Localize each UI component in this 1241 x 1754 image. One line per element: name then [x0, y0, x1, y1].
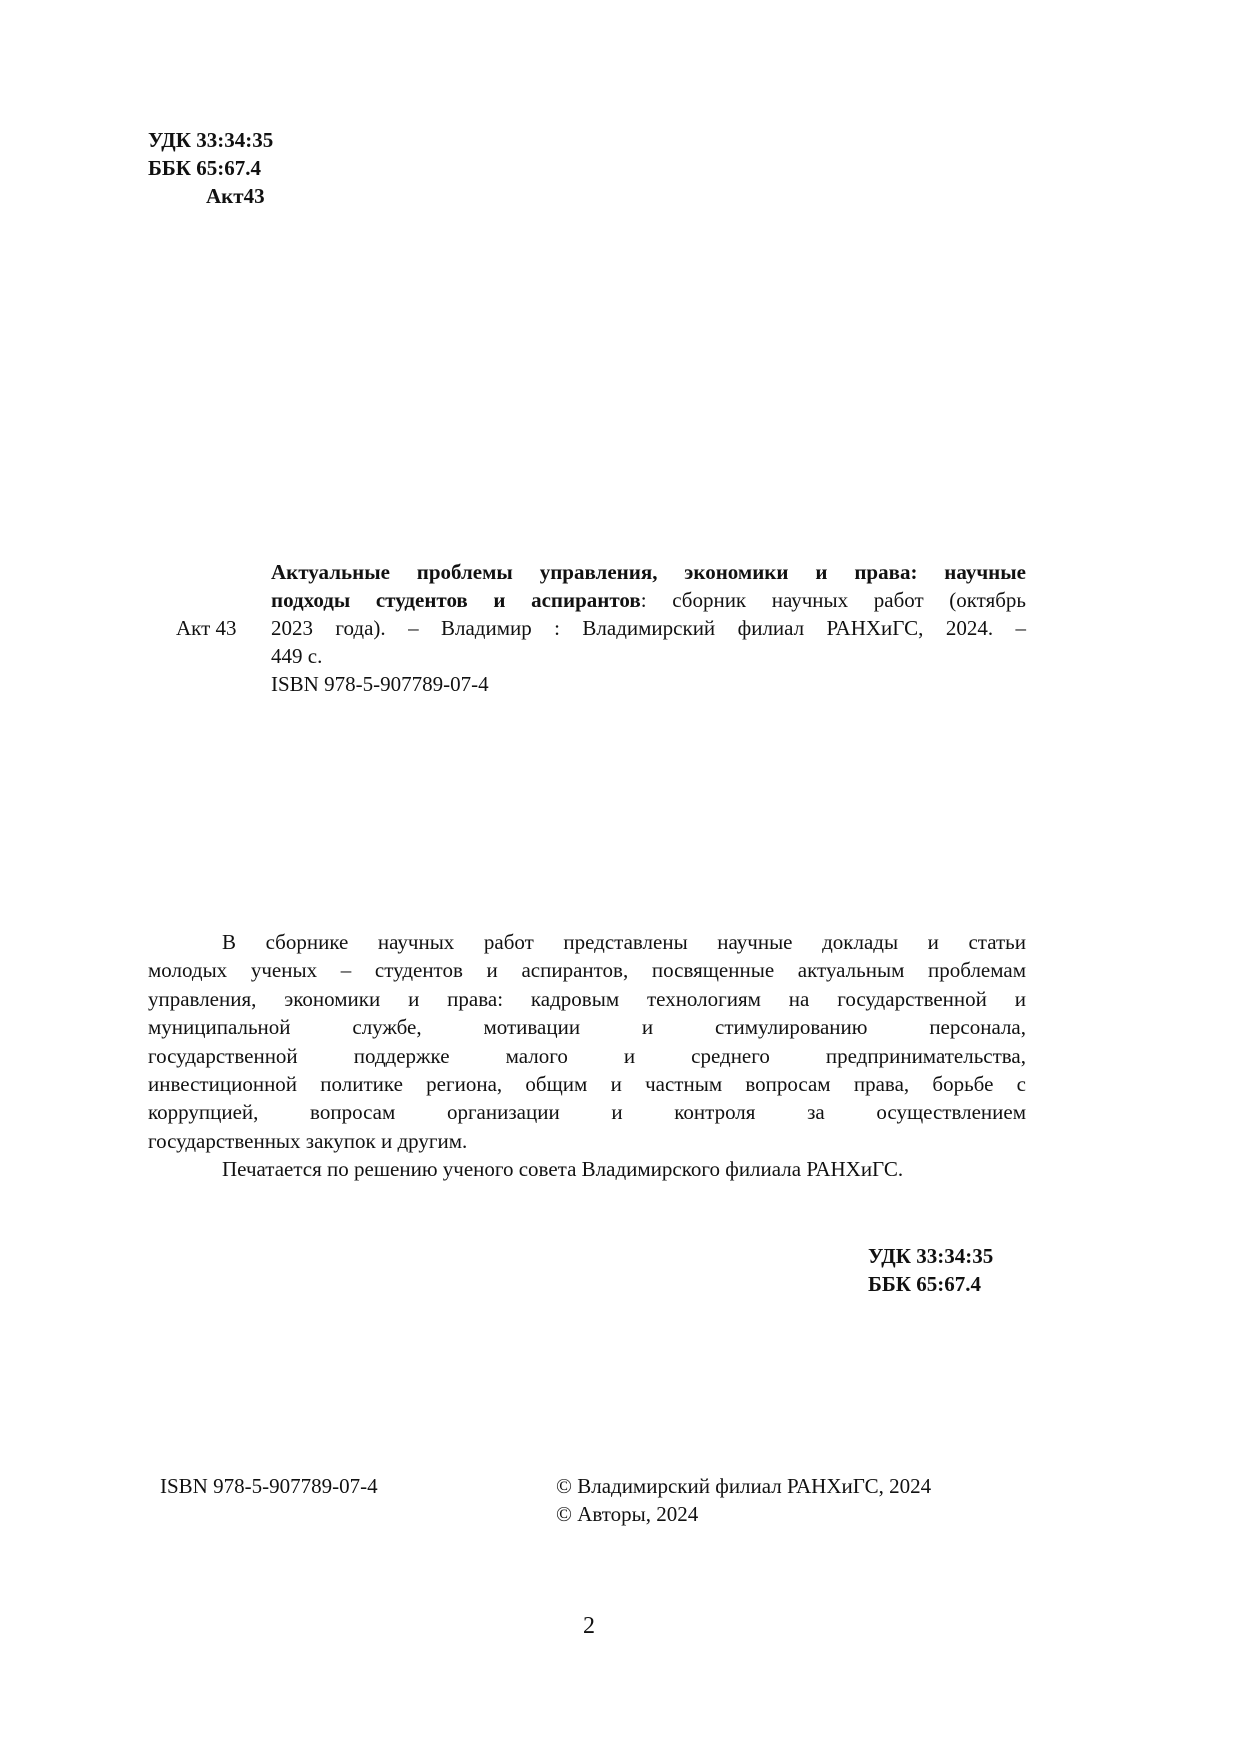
book-title-line-2: подходы студентов и аспирантов: сборник …	[271, 586, 1026, 614]
classification-codes-footer: УДК 33:34:35 ББК 65:67.4	[868, 1242, 993, 1298]
copyright-authors: © Авторы, 2024	[556, 1500, 931, 1528]
abstract-line: государственных закупок и другим.	[148, 1127, 1026, 1155]
catalog-author-mark: Акт 43	[176, 614, 237, 642]
classification-codes-header: УДК 33:34:35 ББК 65:67.4 Акт43	[148, 126, 273, 210]
book-title-line-1: Актуальные проблемы управления, экономик…	[271, 558, 1026, 586]
abstract: В сборнике научных работ представлены на…	[148, 928, 1026, 1184]
abstract-paragraph: В сборнике научных работ представлены на…	[148, 928, 1026, 1155]
page-number: 2	[583, 1612, 595, 1640]
catalog-isbn: ISBN 978-5-907789-07-4	[271, 670, 1026, 698]
book-description: : сборник научных работ (октябрь	[641, 588, 1026, 612]
catalog-entry: Актуальные проблемы управления, экономик…	[271, 558, 1026, 698]
publication-info: 2023 года). – Владимир : Владимирский фи…	[271, 614, 1026, 642]
abstract-line: государственной поддержке малого и средн…	[148, 1042, 1026, 1070]
copyright-publisher: © Владимирский филиал РАНХиГС, 2024	[556, 1472, 931, 1500]
udk-code: УДК 33:34:35	[148, 126, 273, 154]
abstract-line: коррупцией, вопросам организации и контр…	[148, 1098, 1026, 1126]
page-count: 449 с.	[271, 642, 1026, 670]
book-title-bold-part: подходы студентов и аспирантов	[271, 588, 641, 612]
bbk-code: ББК 65:67.4	[868, 1270, 993, 1298]
imprint-isbn: ISBN 978-5-907789-07-4	[160, 1472, 378, 1500]
abstract-line: муниципальной службе, мотивации и стимул…	[148, 1013, 1026, 1041]
abstract-line: молодых ученых – студентов и аспирантов,…	[148, 956, 1026, 984]
copyright-block: © Владимирский филиал РАНХиГС, 2024 © Ав…	[556, 1472, 931, 1528]
udk-code: УДК 33:34:35	[868, 1242, 993, 1270]
abstract-line: В сборнике научных работ представлены на…	[148, 928, 1026, 956]
publication-approval-note: Печатается по решению ученого совета Вла…	[148, 1155, 1026, 1183]
abstract-line: управления, экономики и права: кадровым …	[148, 985, 1026, 1013]
bbk-code: ББК 65:67.4	[148, 154, 273, 182]
abstract-line: инвестиционной политике региона, общим и…	[148, 1070, 1026, 1098]
author-mark: Акт43	[148, 182, 273, 210]
